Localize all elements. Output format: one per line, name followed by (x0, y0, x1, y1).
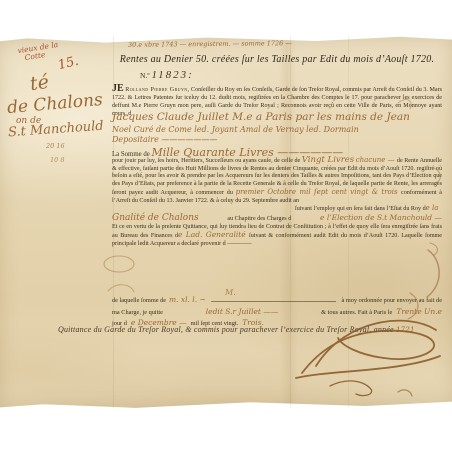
top-archival-note: 30.e xbre 1743 — enregistrem. — somme 17… (128, 39, 292, 49)
closing-charge-text: ma Charge, je quitte (112, 309, 163, 316)
scan-background: 30.e xbre 1743 — enregistrem. — somme 17… (0, 0, 452, 452)
margin-figures-row2: 10 8 (50, 156, 64, 164)
body-text-block: pour jouir par luy, ſes hoirs, Heritiers… (112, 157, 442, 249)
handwritten-rente-amount2: chacune — (356, 156, 397, 164)
closing-fait-a-paris: & tous autres. Fait à Paris le (321, 309, 392, 316)
handwritten-rente-amount: Vingt Livres (302, 155, 354, 165)
handwritten-election: e l’Election de S.t Manchould — (320, 214, 442, 222)
handwritten-sum-abbr: m. xl. l. ~ (169, 295, 206, 304)
rule-filler (211, 297, 337, 302)
margin-figures-row1: 20 16 (46, 142, 65, 150)
document-number-label: N.º (140, 71, 150, 80)
estat-du-roy-clause: ſuivant l’employ qui en ſera fait dans l… (295, 206, 426, 212)
chapitre-des-charges-label: au Chapitre des Charges d (227, 216, 291, 224)
document-title: Rentes au Denier 50. créées ſur les Tail… (112, 54, 442, 65)
handwritten-depositaire: Depositaire ——————— (112, 136, 444, 144)
handwritten-bureau-fill: e Lad. Generalité (178, 230, 249, 239)
treasurer-name: Rolland Pierre Gruyn, (125, 87, 189, 93)
handwritten-day: Trente Un.e (396, 307, 442, 316)
handwritten-quitte-name: ledit S.r Juillet —— (163, 307, 321, 316)
handwritten-payer-line2: Noel Curé de Come led. Joyant Amal de Ve… (112, 126, 444, 134)
handwritten-start-date: premier Octobre mil ſept cent vingt & tr… (236, 188, 401, 196)
handwritten-payer-line1: Jacques Claude Juillet M.e a Paris par l… (112, 112, 444, 123)
handwritten-roy-fill: e la (426, 204, 439, 212)
document-number-value: 11823: (152, 69, 194, 81)
margin-script-generalite-abbr: té (29, 71, 51, 95)
footer-quittance-line: Quittance du Garde du Treſor Royal, & co… (58, 325, 394, 334)
drop-cap: JE (112, 83, 124, 94)
rente-clause-lead: pour jouir par luy, ſes hoirs, Heritiers… (112, 158, 300, 164)
closing-ordre-text: à moy ordonnée pour envoyer au fait de (341, 297, 442, 304)
closing-sum-label: de laquelle ſomme de (112, 297, 166, 304)
handwritten-generalite: Gnalité de Chalons (112, 215, 199, 223)
handwritten-footer-year: 1721 (396, 326, 415, 334)
